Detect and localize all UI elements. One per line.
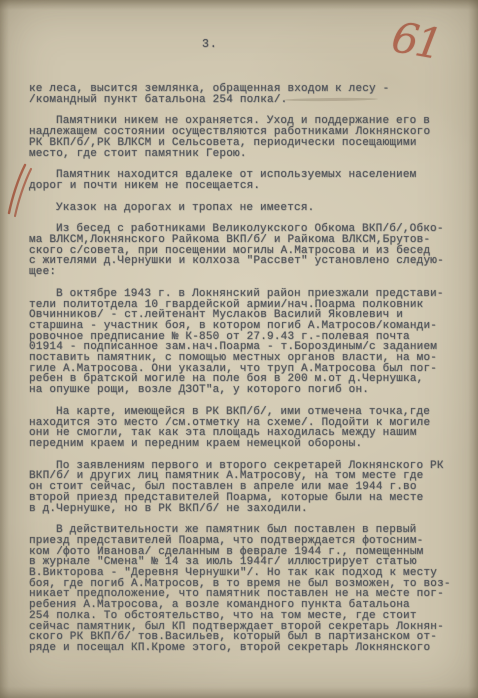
paragraph: На карте, имеющейся в РК ВКП/б/, ими отм… bbox=[29, 407, 469, 450]
paragraph: В октябре 1943 г. в Локнянский район при… bbox=[29, 289, 469, 396]
paragraph: Указок на дорогах и тропах не имеется. bbox=[29, 203, 469, 214]
paragraph: ке леса, высится землянка, обращенная вх… bbox=[29, 84, 469, 105]
scanned-document-page: 3. 61 ке леса, высится землянка, обращен… bbox=[0, 0, 478, 698]
paragraph: По заявлениям первого и второго секретар… bbox=[29, 461, 469, 515]
paragraph: Памятники никем не охраняется. Уход и по… bbox=[29, 116, 469, 159]
document-body: ке леса, высится землянка, обращенная вх… bbox=[29, 84, 469, 665]
paragraph: В действительности же памятник был поста… bbox=[29, 525, 469, 653]
page-number: 3. bbox=[202, 38, 218, 51]
paragraph: Памятник находится вдалеке от используем… bbox=[29, 170, 469, 191]
paragraph: Из бесед с работниками Великолукского Об… bbox=[29, 224, 469, 278]
handwritten-folio-number: 61 bbox=[388, 12, 443, 68]
